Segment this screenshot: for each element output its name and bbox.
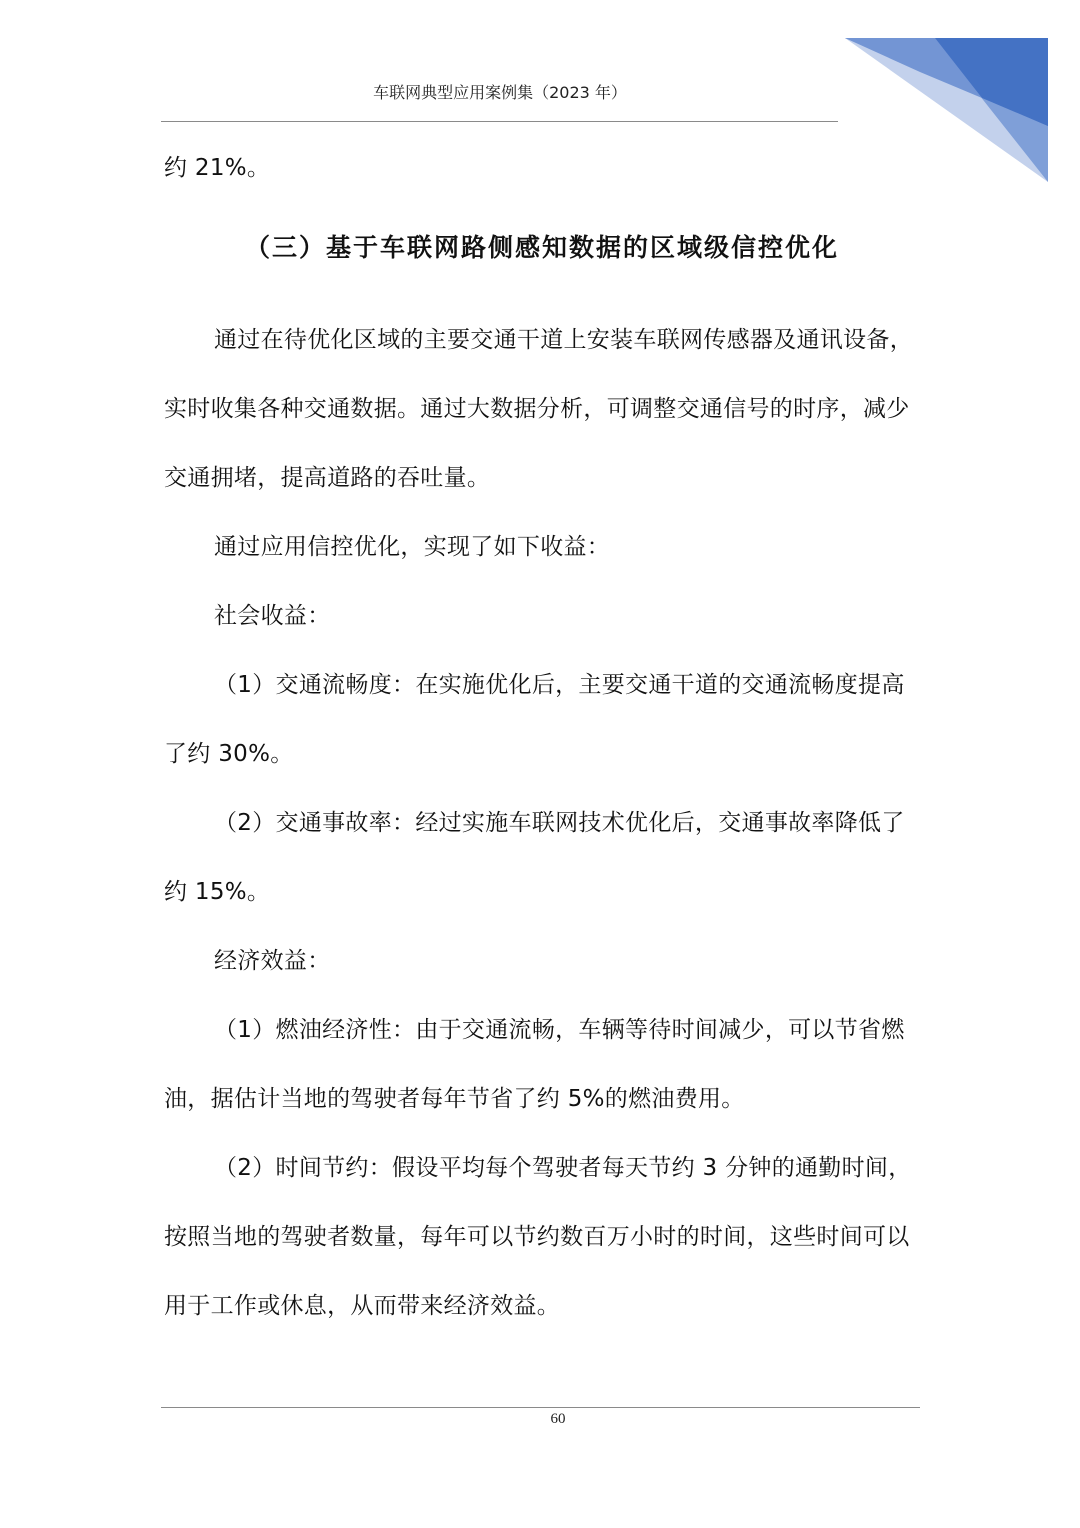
paragraph-intro: 通过在待优化区域的主要交通干道上安装车联网传感器及通讯设备，实时收集各种交通数据… xyxy=(164,306,920,513)
paragraph-benefits-lead: 通过应用信控优化，实现了如下收益： xyxy=(164,513,920,582)
document-body: 通过在待优化区域的主要交通干道上安装车联网传感器及通讯设备，实时收集各种交通数据… xyxy=(164,306,920,1341)
section-heading: （三）基于车联网路侧感知数据的区域级信控优化 xyxy=(164,228,920,264)
paragraph-accident-rate: （2）交通事故率：经过实施车联网技术优化后，交通事故率降低了约 15%。 xyxy=(164,789,920,927)
carryover-line: 约 21%。 xyxy=(164,134,920,203)
carryover-text: 约 21%。 xyxy=(164,134,920,203)
page-number: 60 xyxy=(500,1411,616,1428)
paragraph-time-savings: （2）时间节约：假设平均每个驾驶者每天节约 3 分钟的通勤时间，按照当地的驾驶者… xyxy=(164,1134,920,1341)
subheading-economic-benefits: 经济效益： xyxy=(164,927,920,996)
paragraph-fuel-economy: （1）燃油经济性：由于交通流畅，车辆等待时间减少，可以节省燃油，据估计当地的驾驶… xyxy=(164,996,920,1134)
subheading-social-benefits: 社会收益： xyxy=(164,582,920,651)
paragraph-traffic-flow: （1）交通流畅度：在实施优化后，主要交通干道的交通流畅度提高了约 30%。 xyxy=(164,651,920,789)
footer-divider xyxy=(161,1407,920,1408)
running-header-title: 车联网典型应用案例集（2023 年） xyxy=(160,80,840,103)
header-divider xyxy=(161,121,838,122)
